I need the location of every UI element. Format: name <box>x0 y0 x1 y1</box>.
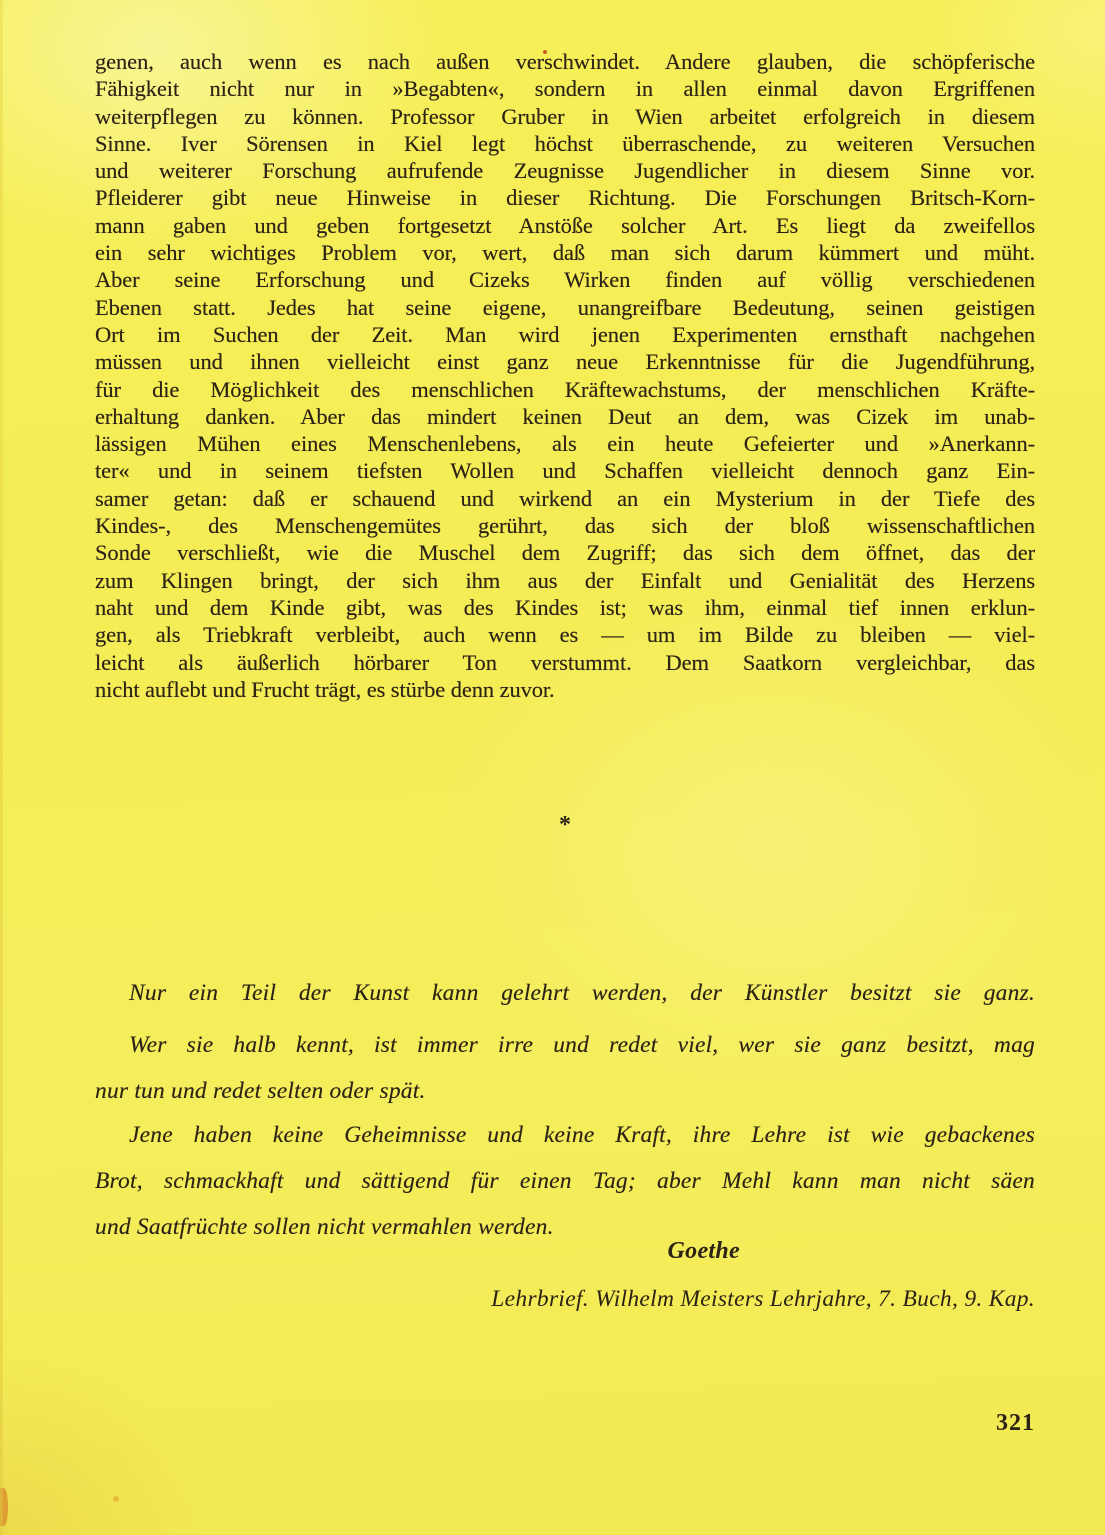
body-text-line: lässigen Mühen eines Menschenlebens, als… <box>95 430 1035 457</box>
quote-text-line: Jene haben keine Geheimnisse und keine K… <box>95 1112 1035 1158</box>
book-page: genen, auch wenn es nach außen verschwin… <box>0 0 1105 1535</box>
quote-paragraph-2: Wer sie halb kennt, ist immer irre und r… <box>95 1022 1035 1114</box>
separator-asterisk: * <box>95 812 1035 839</box>
body-text-line: und weiterer Forschung aufrufende Zeugni… <box>95 157 1035 184</box>
quote-text-line: nur tun und redet selten oder spät. <box>95 1068 1035 1114</box>
body-text-line: nicht auflebt und Frucht trägt, es stürb… <box>95 676 1035 703</box>
body-text-line: mann gaben und geben fortgesetzt Anstöße… <box>95 212 1035 239</box>
body-text-line: Pfleiderer gibt neue Hinweise in dieser … <box>95 184 1035 211</box>
quote-text-line: Brot, schmackhaft und sättigend für eine… <box>95 1158 1035 1204</box>
body-text-line: zum Klingen bringt, der sich ihm aus der… <box>95 567 1035 594</box>
body-text-line: Ort im Suchen der Zeit. Man wird jenen E… <box>95 321 1035 348</box>
body-text-line: Aber seine Erforschung und Cizeks Wirken… <box>95 266 1035 293</box>
body-text-line: Sinne. Iver Sörensen in Kiel legt höchst… <box>95 130 1035 157</box>
body-text-line: müssen und ihnen vielleicht einst ganz n… <box>95 348 1035 375</box>
quote-paragraph-3: Jene haben keine Geheimnisse und keine K… <box>95 1112 1035 1250</box>
body-text-line: erhaltung danken. Aber das mindert keine… <box>95 403 1035 430</box>
body-text-line: Kindes-, des Menschengemütes gerührt, da… <box>95 512 1035 539</box>
body-text-line: genen, auch wenn es nach außen verschwin… <box>95 48 1035 75</box>
quote-text-line: Wer sie halb kennt, ist immer irre und r… <box>95 1022 1035 1068</box>
body-text-line: weiterpflegen zu können. Professor Grube… <box>95 103 1035 130</box>
body-text-line: samer getan: daß er schauend und wirkend… <box>95 485 1035 512</box>
attribution-source: Lehrbrief. Wilhelm Meisters Lehrjahre, 7… <box>95 1286 1035 1313</box>
body-text-line: Ebenen statt. Jedes hat seine eigene, un… <box>95 294 1035 321</box>
scan-speck <box>113 1496 119 1502</box>
body-text-line: ein sehr wichtiges Problem vor, wert, da… <box>95 239 1035 266</box>
quote-text-line: Nur ein Teil der Kunst kann gelehrt werd… <box>95 970 1035 1016</box>
quote-paragraph-1: Nur ein Teil der Kunst kann gelehrt werd… <box>95 970 1035 1016</box>
body-text-line: ter« und in seinem tiefsten Wollen und S… <box>95 457 1035 484</box>
body-text-line: Fähigkeit nicht nur in »Begabten«, sonde… <box>95 75 1035 102</box>
page-number: 321 <box>95 1410 1035 1437</box>
body-text-line: Sonde verschließt, wie die Muschel dem Z… <box>95 539 1035 566</box>
scan-edge-shadow <box>0 0 3 1535</box>
body-text-line: naht und dem Kinde gibt, was des Kindes … <box>95 594 1035 621</box>
body-paragraph: genen, auch wenn es nach außen verschwin… <box>95 48 1035 703</box>
body-text-line: für die Möglichkeit des menschlichen Krä… <box>95 376 1035 403</box>
body-text-line: leicht als äußerlich hörbarer Ton verstu… <box>95 649 1035 676</box>
attribution-author: Goethe <box>95 1238 740 1265</box>
body-text-line: gen, als Triebkraft verbleibt, auch wenn… <box>95 621 1035 648</box>
scan-speck <box>543 50 547 54</box>
